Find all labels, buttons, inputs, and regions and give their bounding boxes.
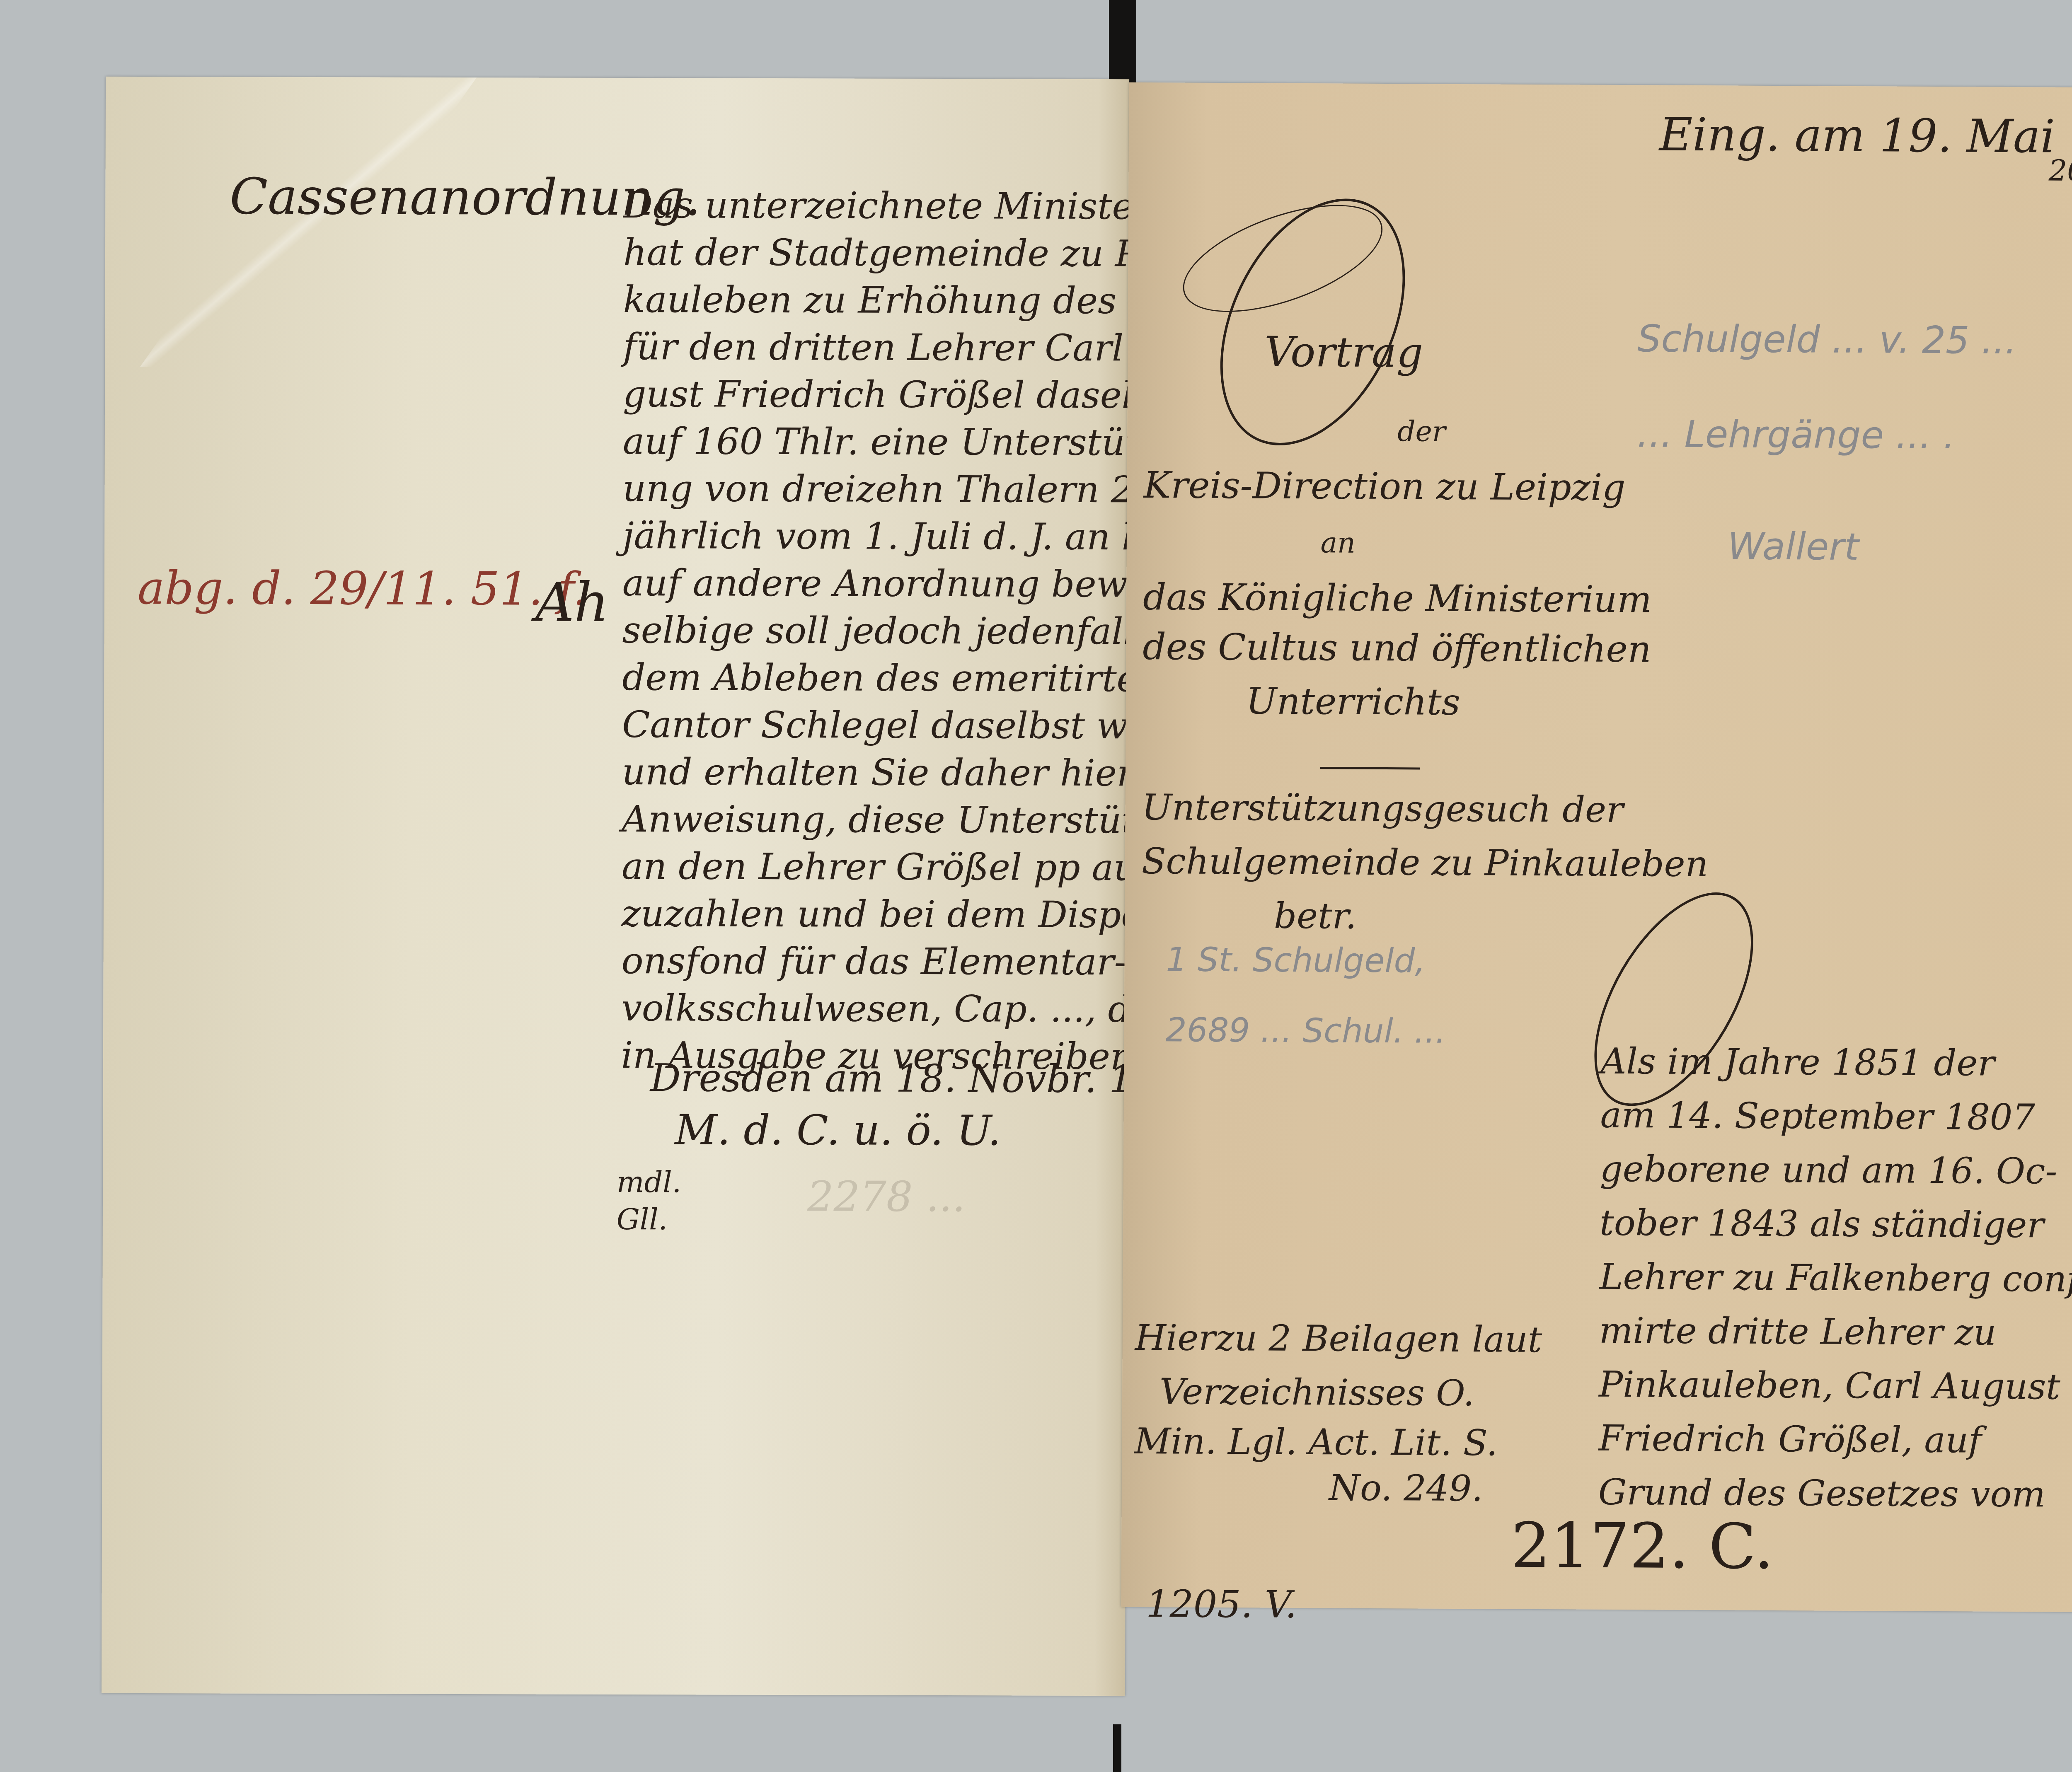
body-line: am 14. September 1807 xyxy=(1600,1092,2072,1148)
enclosure-note-line: Min. Lgl. Act. Lit. S. xyxy=(1134,1421,1498,1464)
archive-number: 1205. V. xyxy=(1146,1582,1297,1627)
separator-rule xyxy=(1320,767,1420,769)
body-line: Als im Jahre 1851 der xyxy=(1600,1038,2072,1095)
spine-strip-top xyxy=(1109,0,1136,85)
right-body-text: Als im Jahre 1851 der am 14. September 1… xyxy=(1598,1038,2072,1525)
title-line: an xyxy=(1255,526,1421,560)
title-line: Unterrichts xyxy=(1246,679,1461,723)
left-page: Cassenanordnung. abg. d. 29/11. 51. f. A… xyxy=(102,77,1129,1696)
enclosure-note-line: Verzeichnisses O. xyxy=(1159,1371,1474,1414)
bleedthrough-note: 2278 ... xyxy=(807,1172,966,1221)
enclosure-note-line: Hierzu 2 Beilagen laut xyxy=(1135,1317,1542,1361)
body-line: Pinkauleben, Carl August xyxy=(1599,1361,2072,1418)
right-page: Eing. am 19. Mai 1854. 20. Vortrag der K… xyxy=(1121,82,2072,1612)
enclosure-note-line: No. 249. xyxy=(1329,1467,1483,1509)
title-line: der xyxy=(1256,414,1587,449)
body-line: Lehrer zu Falkenberg confir- xyxy=(1599,1253,2072,1310)
subject-line: Unterstützungsgesuch der xyxy=(1142,787,1623,831)
spine-strip-bottom xyxy=(1113,1724,1121,1772)
register-number: 2172. C. xyxy=(1511,1510,1774,1583)
body-line: geborene und am 16. Oc- xyxy=(1600,1146,2072,1202)
subject-line: betr. xyxy=(1274,895,1357,937)
subject-line: Schulgemeinde zu Pinkauleben xyxy=(1142,841,1709,885)
title-line: Kreis-Direction zu Leipzig xyxy=(1143,464,1626,509)
pencil-note: 1 St. Schulgeld, xyxy=(1166,940,1426,980)
body-line: mirte dritte Lehrer zu xyxy=(1599,1307,2072,1364)
pencil-note: 2689 ... Schul. ... xyxy=(1165,1010,1446,1051)
document-title: Vortrag xyxy=(1264,328,1423,377)
initials-note: mdl. Gll. xyxy=(617,1163,666,1238)
margin-note-red: abg. d. 29/11. 51. f. xyxy=(138,561,588,616)
title-line: das Königliche Ministerium xyxy=(1143,575,1652,621)
pencil-signature: Wallert xyxy=(1728,525,1859,569)
pencil-note: ... Lehrgänge ... . xyxy=(1637,412,1955,457)
body-line: tober 1843 als ständiger xyxy=(1600,1199,2072,1256)
body-line: Friedrich Größel, auf xyxy=(1598,1415,2072,1472)
folio-number: 20. xyxy=(2048,153,2072,188)
received-stamp: Eing. am 19. Mai 1854. xyxy=(1659,108,2072,164)
ministry-signature: M. d. C. u. ö. U. xyxy=(675,1105,1001,1155)
title-line: des Cultus und öffentlichen xyxy=(1143,625,1651,670)
pencil-note: Schulgeld ... v. 25 ... xyxy=(1637,317,2017,363)
margin-initial: Ah xyxy=(535,571,609,633)
